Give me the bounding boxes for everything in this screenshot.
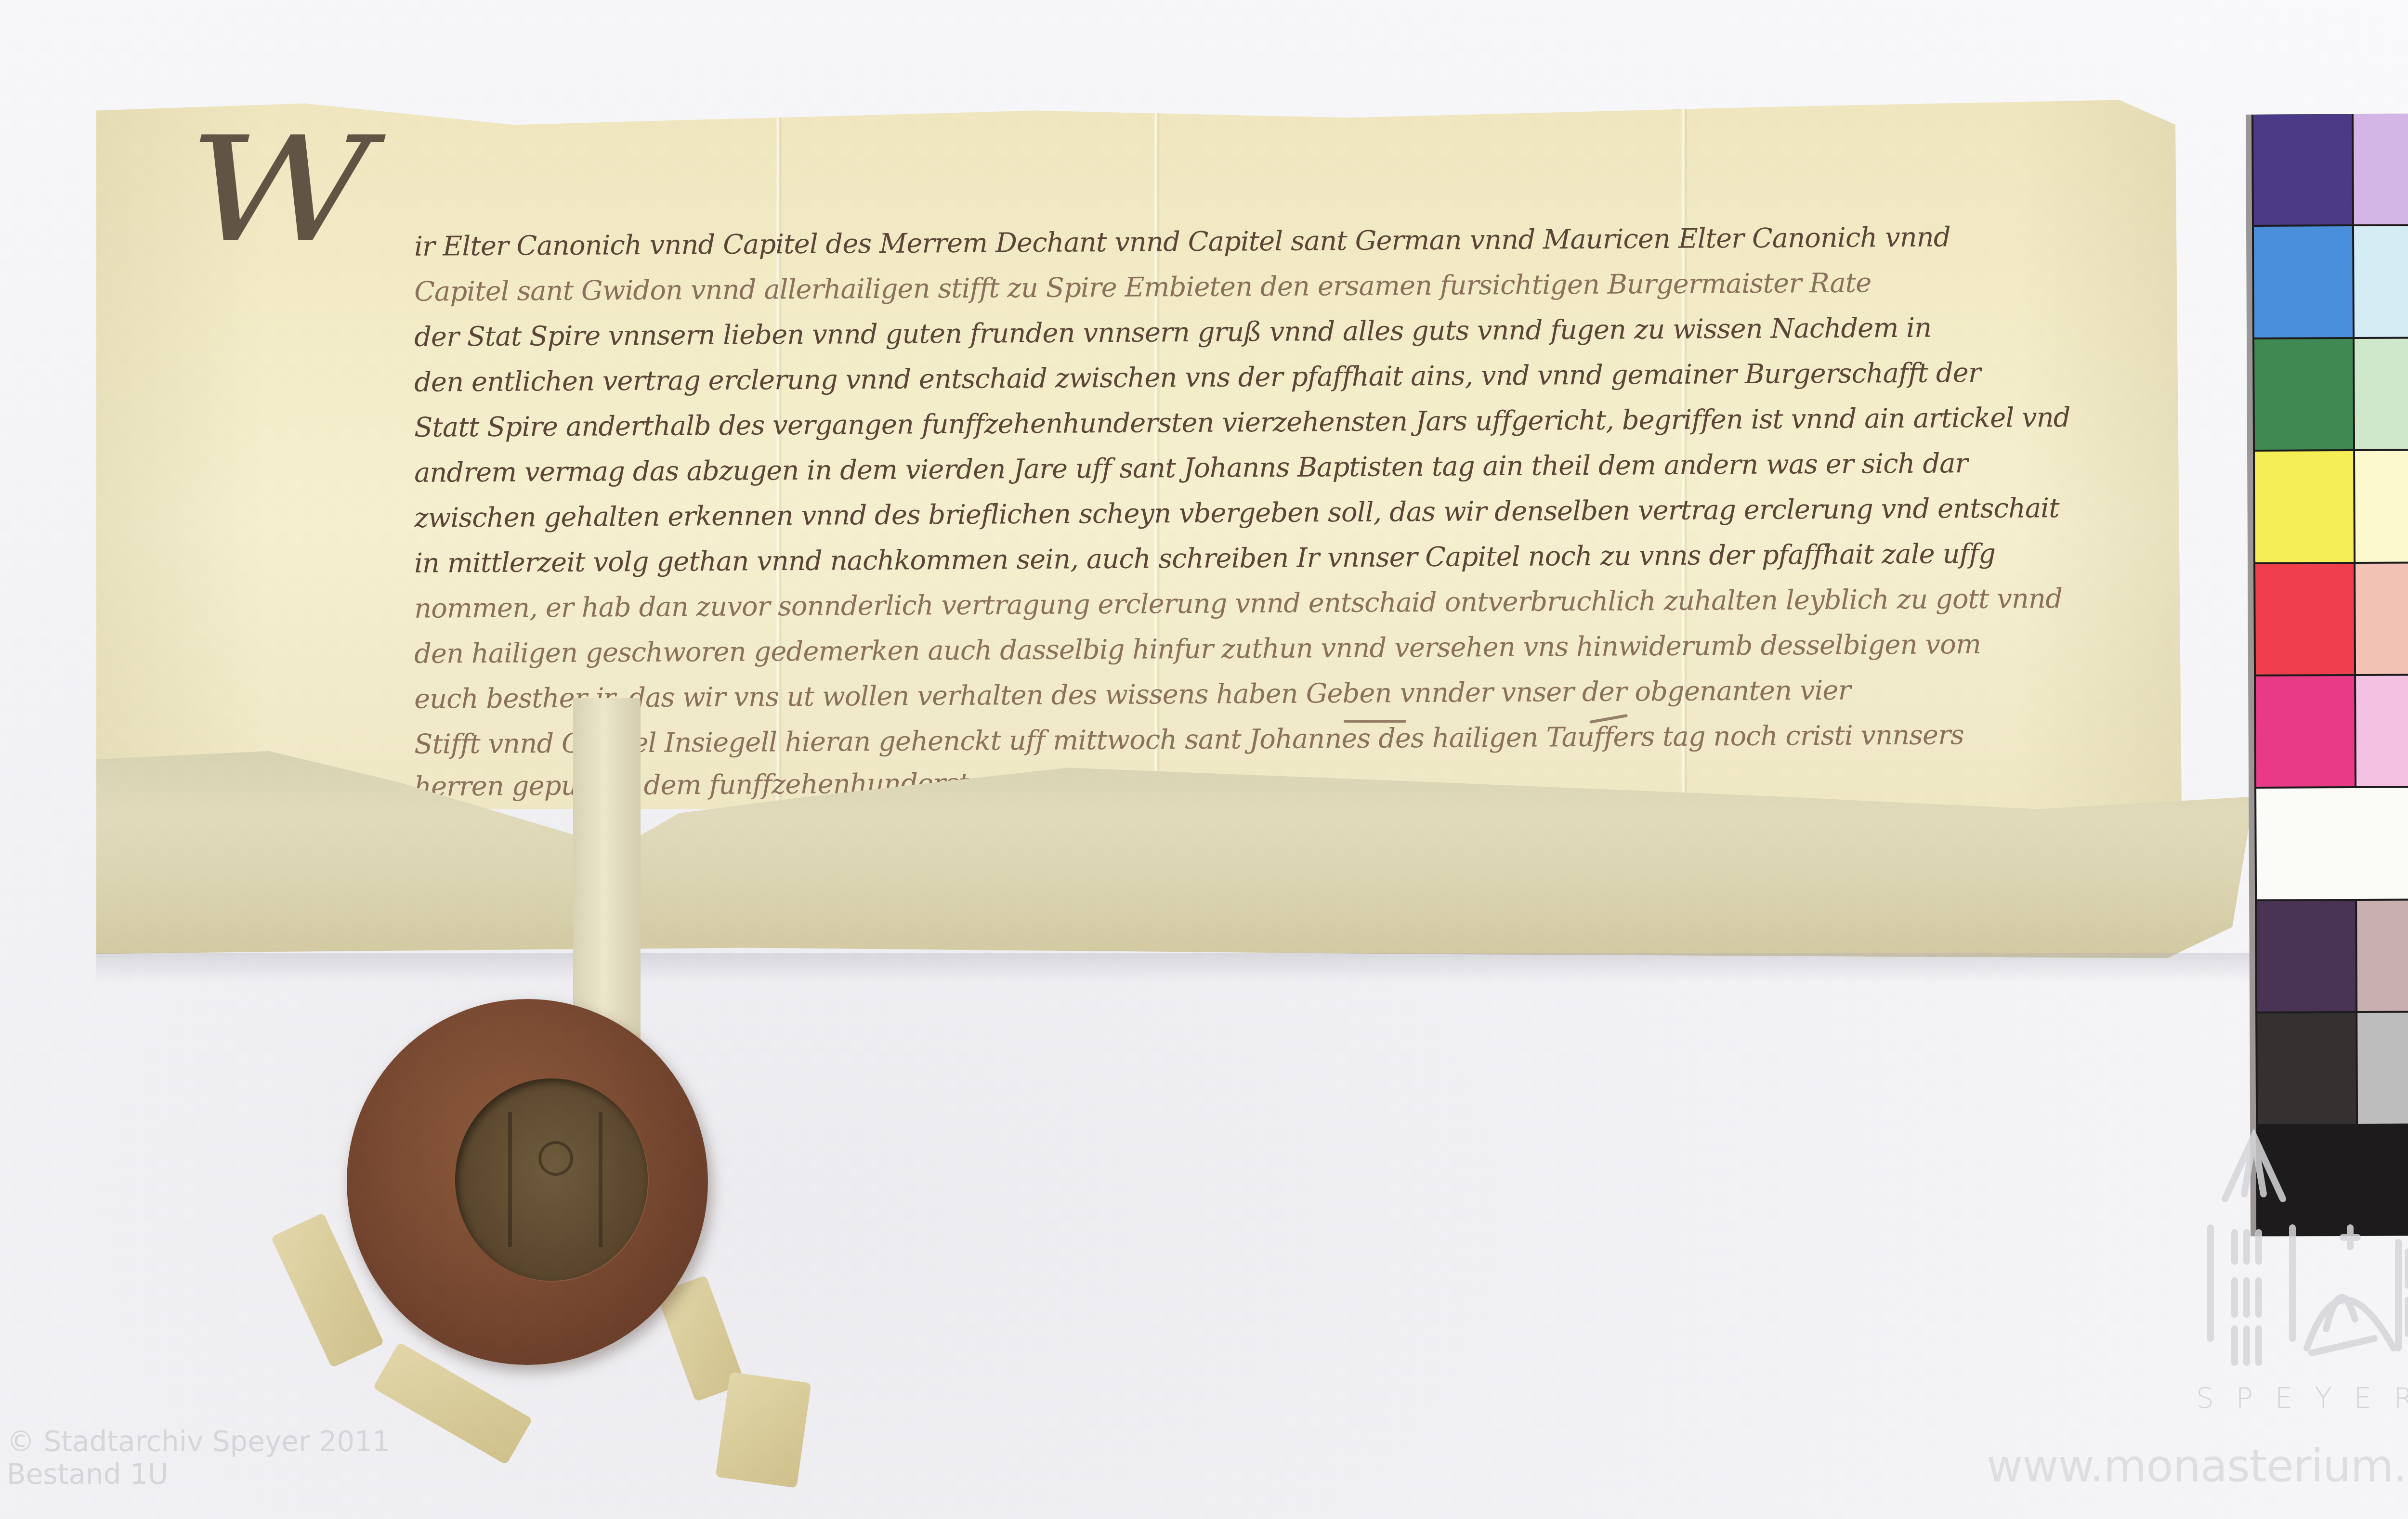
patch-white bbox=[2256, 788, 2408, 899]
speyer-cathedral-logo-icon bbox=[2196, 1127, 2408, 1406]
flourish-stroke bbox=[1344, 720, 1406, 723]
patch-cyan-dark bbox=[2254, 226, 2353, 337]
patch-red-light bbox=[2356, 563, 2408, 674]
patch-black-light bbox=[2357, 1013, 2408, 1123]
seal-strap bbox=[573, 698, 641, 1045]
copyright-line: © Stadtarchiv Speyer 2011 bbox=[7, 1425, 390, 1458]
plica-shadow bbox=[96, 953, 2254, 982]
patch-blue-light bbox=[2354, 114, 2408, 224]
patch-black-dark bbox=[2257, 1013, 2356, 1124]
seal-ribbon bbox=[716, 1372, 811, 1488]
patch-3color-dark bbox=[2257, 901, 2356, 1012]
patch-yellow-light bbox=[2355, 451, 2408, 561]
charter-text: ir Elter Canonich vnnd Capitel des Merre… bbox=[414, 219, 2129, 807]
decorated-initial: W bbox=[188, 118, 373, 262]
kodak-color-chart: cm inches 1 2 3 4 5 6 7 8 9 10 11 12 13 … bbox=[2246, 113, 2408, 1236]
seal-figure-icon bbox=[508, 1112, 602, 1247]
patch-green-dark bbox=[2254, 339, 2353, 450]
patch-red-dark bbox=[2255, 564, 2354, 675]
archive-copyright-watermark: © Stadtarchiv Speyer 2011 Bestand 1U bbox=[7, 1425, 390, 1491]
collection-line: Bestand 1U bbox=[7, 1458, 390, 1491]
patch-magenta-light bbox=[2356, 675, 2408, 786]
speyer-wordmark: SPEYER bbox=[2196, 1382, 2408, 1415]
patch-magenta-dark bbox=[2256, 676, 2355, 787]
wax-seal bbox=[347, 999, 708, 1365]
seal-impression bbox=[455, 1078, 648, 1281]
monasterium-url-watermark: www.monasterium.net bbox=[1987, 1441, 2408, 1492]
patch-cyan-light bbox=[2354, 226, 2408, 337]
patch-green-light bbox=[2355, 338, 2408, 449]
patch-blue-dark bbox=[2253, 114, 2352, 225]
patch-3color-light bbox=[2357, 900, 2408, 1011]
patch-yellow-dark bbox=[2255, 451, 2354, 562]
color-patches bbox=[2251, 114, 2408, 1236]
